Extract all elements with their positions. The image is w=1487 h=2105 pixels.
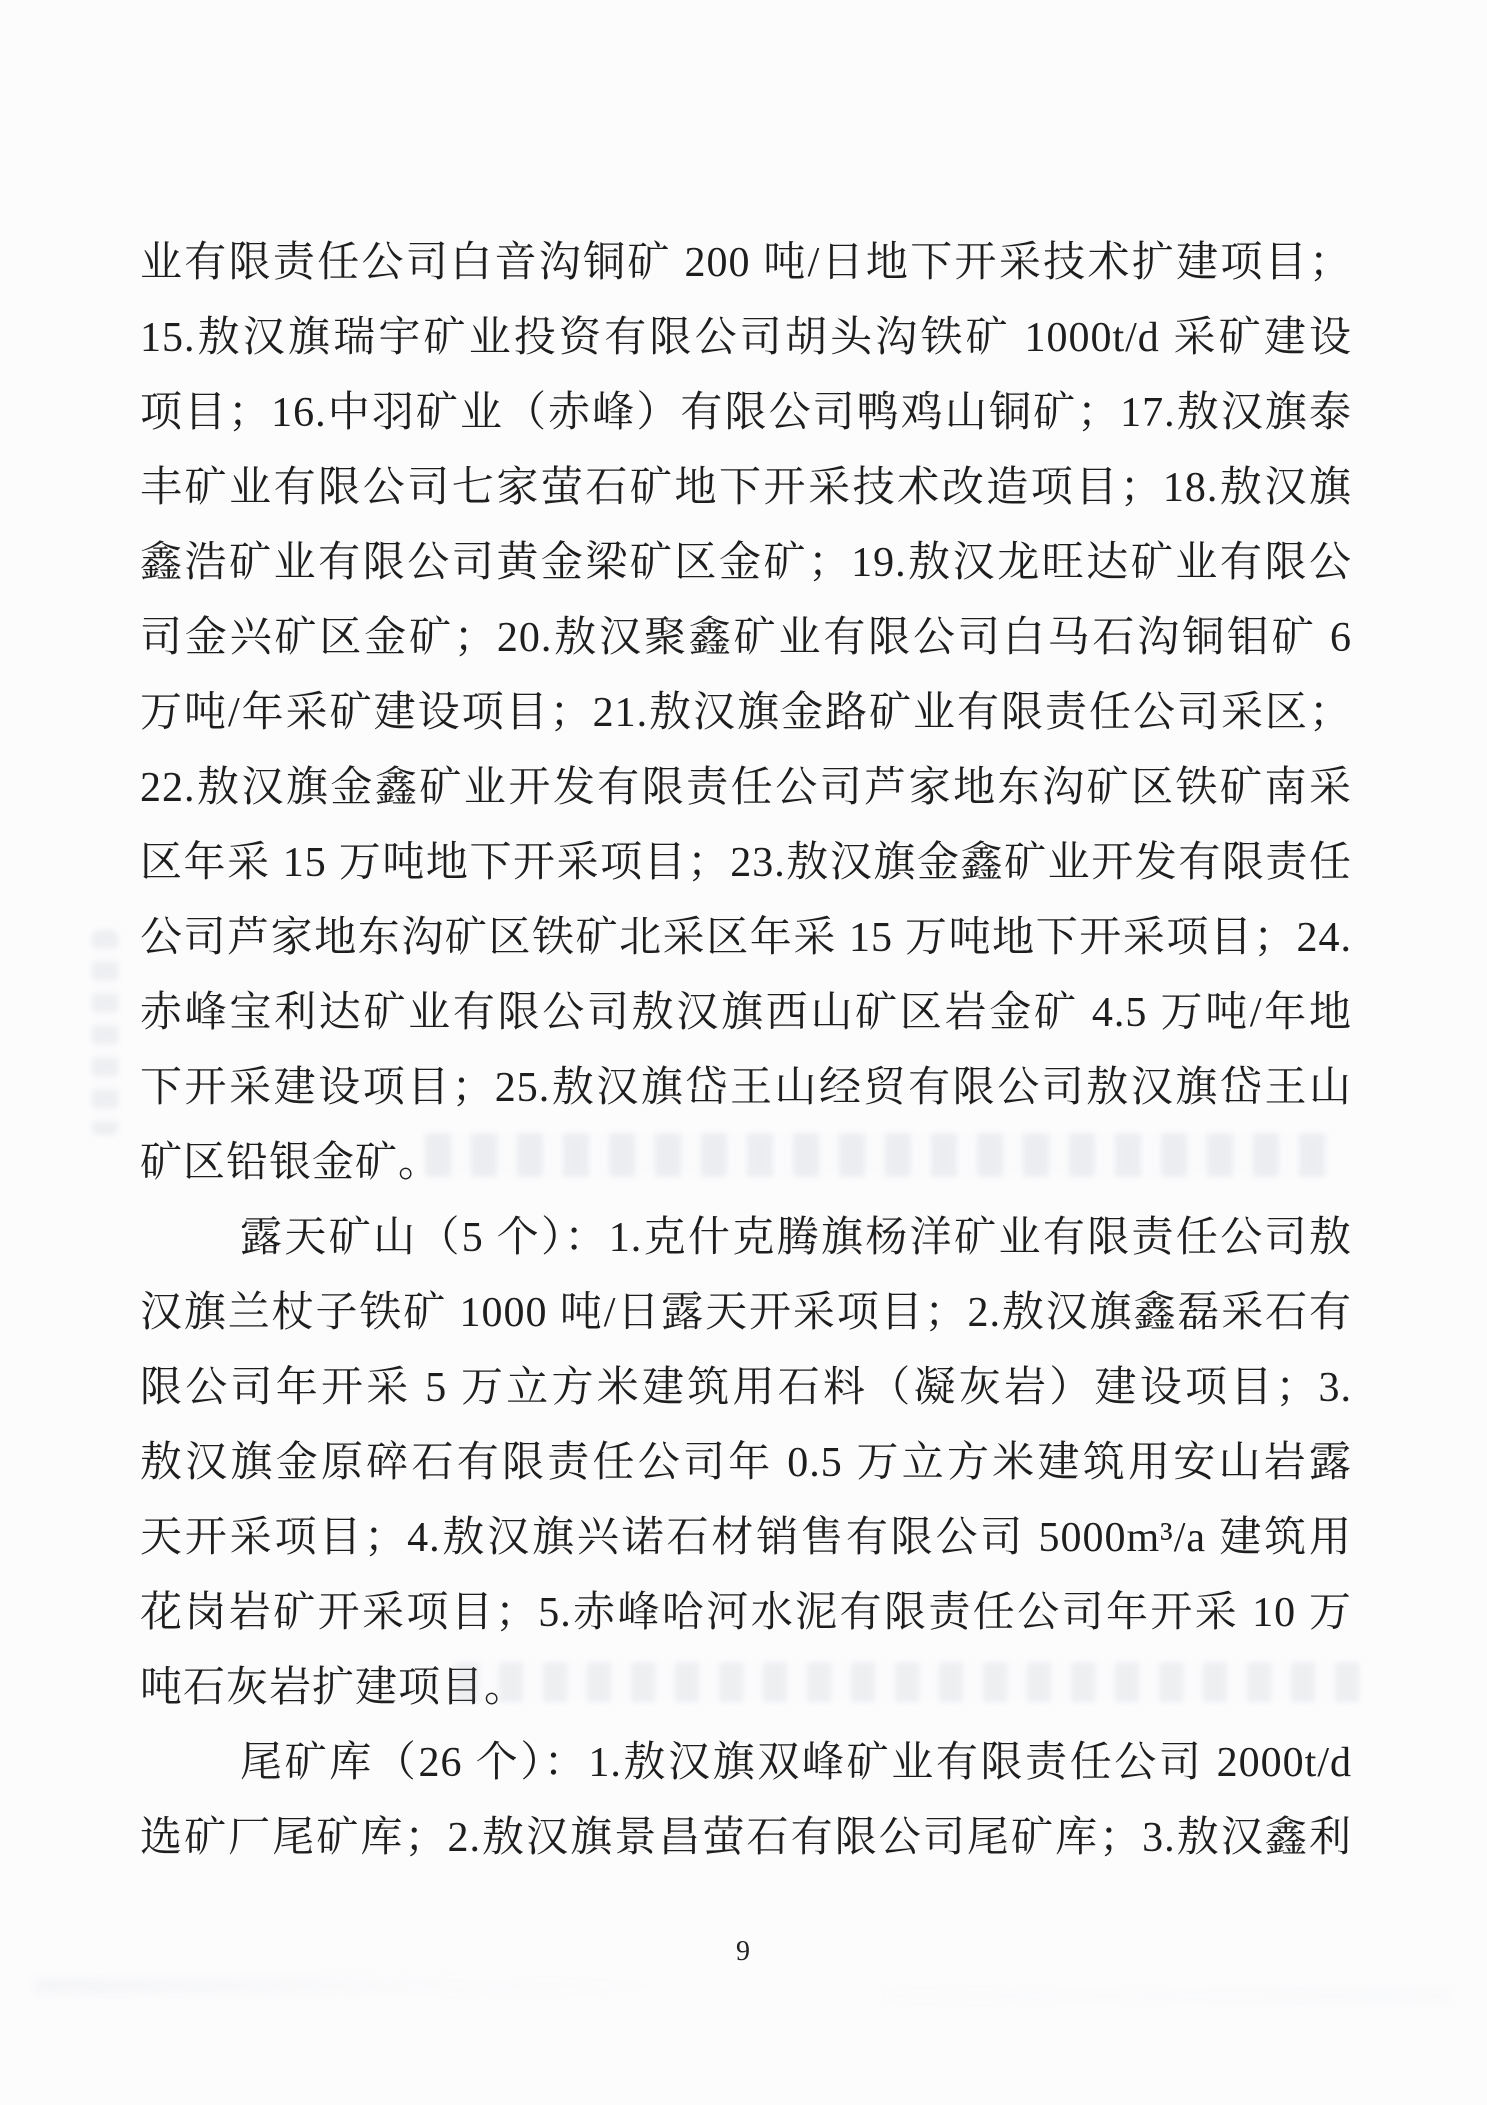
text-line: 鑫浩矿业有限公司黄金梁矿区金矿；19.敖汉龙旺达矿业有限公 <box>140 526 1352 601</box>
text-line: 矿区铅银金矿。 <box>140 1126 1352 1201</box>
text-line: 选矿厂尾矿库；2.敖汉旗景昌萤石有限公司尾矿库；3.敖汉鑫利 <box>140 1801 1352 1876</box>
text-line: 敖汉旗金原碎石有限责任公司年 0.5 万立方米建筑用安山岩露 <box>140 1426 1352 1501</box>
text-line: 天开采项目；4.敖汉旗兴诺石材销售有限公司 5000m³/a 建筑用 <box>140 1501 1352 1576</box>
text-line: 区年采 15 万吨地下开采项目；23.敖汉旗金鑫矿业开发有限责任 <box>140 826 1352 901</box>
text-line: 公司芦家地东沟矿区铁矿北采区年采 15 万吨地下开采项目；24. <box>140 901 1352 976</box>
text-line: 下开采建设项目；25.敖汉旗岱王山经贸有限公司敖汉旗岱王山 <box>140 1051 1352 1126</box>
text-line: 项目；16.中羽矿业（赤峰）有限公司鸭鸡山铜矿；17.敖汉旗泰 <box>140 376 1352 451</box>
text-line: 22.敖汉旗金鑫矿业开发有限责任公司芦家地东沟矿区铁矿南采 <box>140 751 1352 826</box>
bleed-through-artifact <box>92 930 118 1135</box>
text-line: 丰矿业有限公司七家萤石矿地下开采技术改造项目；18.敖汉旗 <box>140 451 1352 526</box>
text-line: 限公司年开采 5 万立方米建筑用石料（凝灰岩）建设项目；3. <box>140 1351 1352 1426</box>
document-body: 业有限责任公司白音沟铜矿 200 吨/日地下开采技术扩建项目； 15.敖汉旗瑞宇… <box>140 226 1352 1876</box>
page-number: 9 <box>0 1936 1487 1968</box>
text-line: 花岗岩矿开采项目；5.赤峰哈河水泥有限责任公司年开采 10 万 <box>140 1576 1352 1651</box>
text-line: 万吨/年采矿建设项目；21.敖汉旗金路矿业有限责任公司采区； <box>140 676 1352 751</box>
text-line: 露天矿山（5 个）：1.克什克腾旗杨洋矿业有限责任公司敖 <box>140 1201 1352 1276</box>
text-line: 赤峰宝利达矿业有限公司敖汉旗西山矿区岩金矿 4.5 万吨/年地 <box>140 976 1352 1051</box>
document-page: 业有限责任公司白音沟铜矿 200 吨/日地下开采技术扩建项目； 15.敖汉旗瑞宇… <box>0 0 1487 2105</box>
text-line: 汉旗兰杖子铁矿 1000 吨/日露天开采项目；2.敖汉旗鑫磊采石有 <box>140 1276 1352 1351</box>
text-line: 尾矿库（26 个）：1.敖汉旗双峰矿业有限责任公司 2000t/d <box>140 1726 1352 1801</box>
text-line: 吨石灰岩扩建项目。 <box>140 1651 1352 1726</box>
text-line: 15.敖汉旗瑞宇矿业投资有限公司胡头沟铁矿 1000t/d 采矿建设 <box>140 301 1352 376</box>
text-line: 业有限责任公司白音沟铜矿 200 吨/日地下开采技术扩建项目； <box>140 226 1352 301</box>
scan-smudge-artifact <box>880 1990 1450 2002</box>
text-line: 司金兴矿区金矿；20.敖汉聚鑫矿业有限公司白马石沟铜钼矿 6 <box>140 601 1352 676</box>
scan-smudge-artifact <box>35 1978 715 1994</box>
